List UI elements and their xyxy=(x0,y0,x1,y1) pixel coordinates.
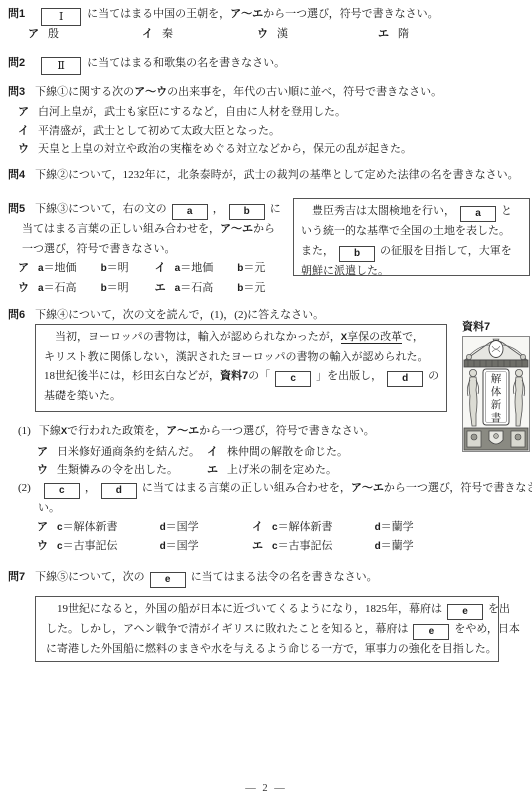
q5-options-row2: ウa＝石高b＝明エa＝石高b＝元 xyxy=(18,281,265,296)
q7-statement: 問7下線⑤について，次のeに当てはまる法令の名を書きなさい。 xyxy=(8,570,378,588)
q4-label: 問4 xyxy=(8,169,25,181)
q6-sub2-box-d: d xyxy=(101,483,137,499)
q7-passage-box: 19世紀になると，外国の船が日本に近づいてくるようになり，1825年，幕府はeを… xyxy=(35,596,499,662)
q1-statement: 問1Ⅰに当てはまる中国の王朝を，ア〜エから一つ選び，符号で書きなさい。 xyxy=(8,7,439,26)
page-number: — 2 — xyxy=(0,783,532,794)
q5-passage-box-a: a xyxy=(460,206,496,222)
q3-option-a: ア白河上皇が，武士も家臣にするなど，自由に人材を登用した。 xyxy=(18,105,346,119)
q1-option-i: イ秦 xyxy=(142,27,173,41)
q6-sub1-option-i: イ株仲間の解散を命じた。 xyxy=(207,445,348,459)
q3-statement: 問3下線①に関する次のア〜ウの出来事を，年代の古い順に並べ，符号で書きなさい。 xyxy=(8,85,442,99)
q6-sub2-option-e: エc＝古事記伝d＝蘭学 xyxy=(252,539,414,554)
q7-passage-box-e2: e xyxy=(413,624,449,640)
q6-sub2-option-a: アc＝解体新書d＝国学 xyxy=(37,520,199,535)
q1-answer-box: Ⅰ xyxy=(41,8,81,26)
q2-answer-box: Ⅱ xyxy=(41,57,81,75)
q1-label: 問1 xyxy=(8,8,25,20)
q6-sub2-statement-cont: い。 xyxy=(38,501,60,515)
exam-page: 問1Ⅰに当てはまる中国の王朝を，ア〜エから一つ選び，符号で書きなさい。 ア殷 イ… xyxy=(0,0,532,800)
q6-passage-box: 当初，ヨーロッパの書物は，輸入が認められなかったが，X享保の改革で， キリスト教… xyxy=(35,324,447,412)
q6-label: 問6 xyxy=(8,309,25,321)
q5-passage-box-b: b xyxy=(339,246,375,262)
q5-options-row1: アa＝地価b＝明イa＝地価b＝元 xyxy=(18,261,265,276)
q5-label: 問5 xyxy=(8,203,25,215)
q6-sub2-option-i: イc＝解体新書d＝蘭学 xyxy=(252,520,414,535)
q2-label: 問2 xyxy=(8,57,25,69)
q5-statement-line3: 一つ選び，符号で書きなさい。 xyxy=(22,242,176,256)
q5-answer-box-b: b xyxy=(229,204,265,220)
q3-label: 問3 xyxy=(8,86,25,98)
q6-sub2-option-u: ウc＝古事記伝d＝国学 xyxy=(37,539,199,554)
q1-option-e: エ隋 xyxy=(378,27,409,41)
q6-statement: 問6下線④について，次の文を読んで，(1)，(2)に答えなさい。 xyxy=(8,308,324,322)
q6-answer-box-c: c xyxy=(275,371,311,387)
q6-sub2-box-c: c xyxy=(44,483,80,499)
q5-answer-box-a: a xyxy=(172,204,208,220)
q6-answer-box-d: d xyxy=(387,371,423,387)
q3-option-i: イ平清盛が，武士として初めて太政大臣となった。 xyxy=(18,124,280,138)
underline-x: X享保の改革 xyxy=(341,331,402,344)
q4-statement: 問4下線②について，1232年に，北条泰時が，武士の裁判の基準として定めた法律の… xyxy=(8,168,519,182)
q7-answer-box-e: e xyxy=(150,572,186,588)
q3-option-u: ウ天皇と上皇の対立や政治の実権をめぐる対立などから，保元の乱が起きた。 xyxy=(18,142,412,156)
q6-sub1-option-a: ア日米修好通商条約を結んだ。 xyxy=(37,445,200,459)
q5-statement-line1: 問5下線③について，右の文のa，bに xyxy=(8,202,281,220)
svg-text:書: 書 xyxy=(491,412,502,424)
kaitai-shinsho-figure: 解 体 新 書 xyxy=(462,336,530,452)
svg-text:体: 体 xyxy=(491,385,502,398)
q6-sub1-option-u: ウ生類憐みの令を出した。 xyxy=(37,463,178,477)
q6-sub1-option-e: エ上げ米の制を定めた。 xyxy=(207,463,337,477)
q2-statement: 問2Ⅱに当てはまる和歌集の名を書きなさい。 xyxy=(8,56,285,75)
svg-text:解: 解 xyxy=(491,372,502,385)
q5-statement-line2: 当てはまる言葉の正しい組み合わせを，ア〜エから xyxy=(22,222,275,236)
q6-sub2-statement: (2)c，dに当てはまる言葉の正しい組み合わせを，ア〜エから一つ選び，符号で書き… xyxy=(18,481,532,499)
q1-option-u: ウ漢 xyxy=(257,27,288,41)
svg-text:新: 新 xyxy=(491,399,502,411)
q1-option-a: ア殷 xyxy=(28,27,59,41)
figure7-label: 資料7 xyxy=(462,320,490,334)
q7-label: 問7 xyxy=(8,571,25,583)
q6-sub1-statement: (1)下線Xで行われた政策を，ア〜エから一つ選び，符号で書きなさい。 xyxy=(18,424,375,439)
q7-passage-box-e1: e xyxy=(447,604,483,620)
q5-passage-box: 豊臣秀吉は太閤検地を行い，aと いう統一的な基準で全国の土地を表した。 また，b… xyxy=(293,198,530,276)
